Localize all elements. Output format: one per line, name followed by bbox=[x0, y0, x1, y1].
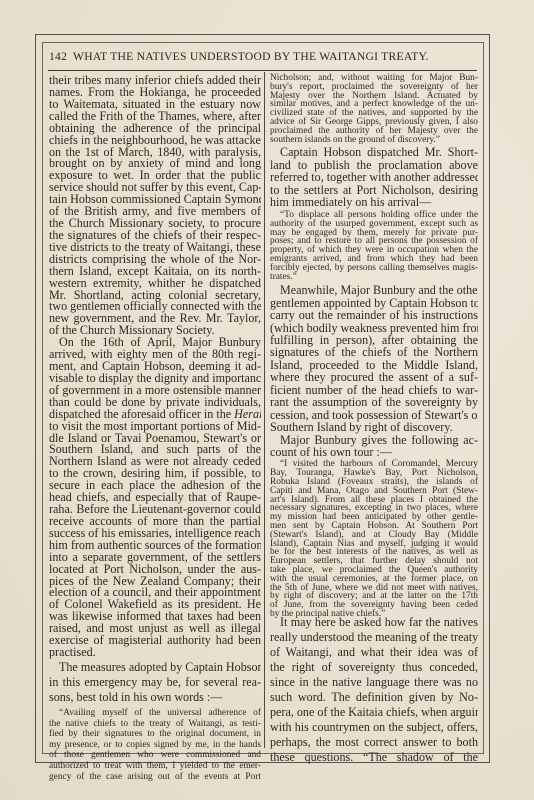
quoted-text-line: the native chiefs to the treaty of Waita… bbox=[49, 719, 261, 730]
body-text-line: pera, one of the Kaitaia chiefs, when ar… bbox=[270, 705, 478, 720]
quoted-text-line: trates.” bbox=[270, 272, 478, 283]
body-text-line: perhaps, the most correct answer to both bbox=[270, 735, 478, 750]
body-text-line: of Waitangi, and what their idea was of bbox=[270, 645, 478, 660]
quoted-text-line: fied by their signatures to the original… bbox=[49, 729, 261, 740]
quoted-text-line: gency of the case arising out of the eve… bbox=[49, 772, 261, 783]
body-text-line: practised. bbox=[49, 645, 261, 660]
header-rule bbox=[48, 70, 477, 71]
body-text-line: these questions. “The shadow of the bbox=[270, 750, 478, 765]
body-text-line: with his countrymen on the subject, offe… bbox=[270, 720, 478, 735]
page-number: 142 bbox=[49, 50, 73, 63]
body-text-line: It may here be asked how far the natives bbox=[270, 615, 478, 630]
body-text-line: count of his own tour :— bbox=[270, 445, 478, 460]
body-text-line: since in the native language there was n… bbox=[270, 675, 478, 690]
column-divider bbox=[264, 72, 265, 748]
quoted-text-line: southern islands on the ground of discov… bbox=[270, 135, 478, 146]
body-text-line: really understood the meaning of the tre… bbox=[270, 630, 478, 645]
quoted-text-line: of those gentlemen who were commissioned… bbox=[49, 750, 261, 761]
body-text-line: sons, best told in his own words :— bbox=[49, 690, 261, 705]
quoted-text-line: my presence, or to copies signed by me, … bbox=[49, 740, 261, 751]
quoted-text-line: “Availing myself of the universal adhere… bbox=[49, 708, 261, 719]
body-text-line: such word. The definition given by No- bbox=[270, 690, 478, 705]
body-text-line: in this emergency may be, for several re… bbox=[49, 675, 261, 690]
body-text-line: him immediately on his arrival— bbox=[270, 195, 478, 210]
running-head: 142WHAT THE NATIVES UNDERSTOOD BY THE WA… bbox=[49, 50, 477, 70]
running-head-title: WHAT THE NATIVES UNDERSTOOD BY THE WAITA… bbox=[73, 50, 429, 63]
body-text-line: the right of sovereignty thus conceded, bbox=[270, 660, 478, 675]
quoted-text-line: authorized to treat with them, I yielded… bbox=[49, 761, 261, 772]
body-text-line: The measures adopted by Captain Hobson bbox=[49, 660, 261, 675]
